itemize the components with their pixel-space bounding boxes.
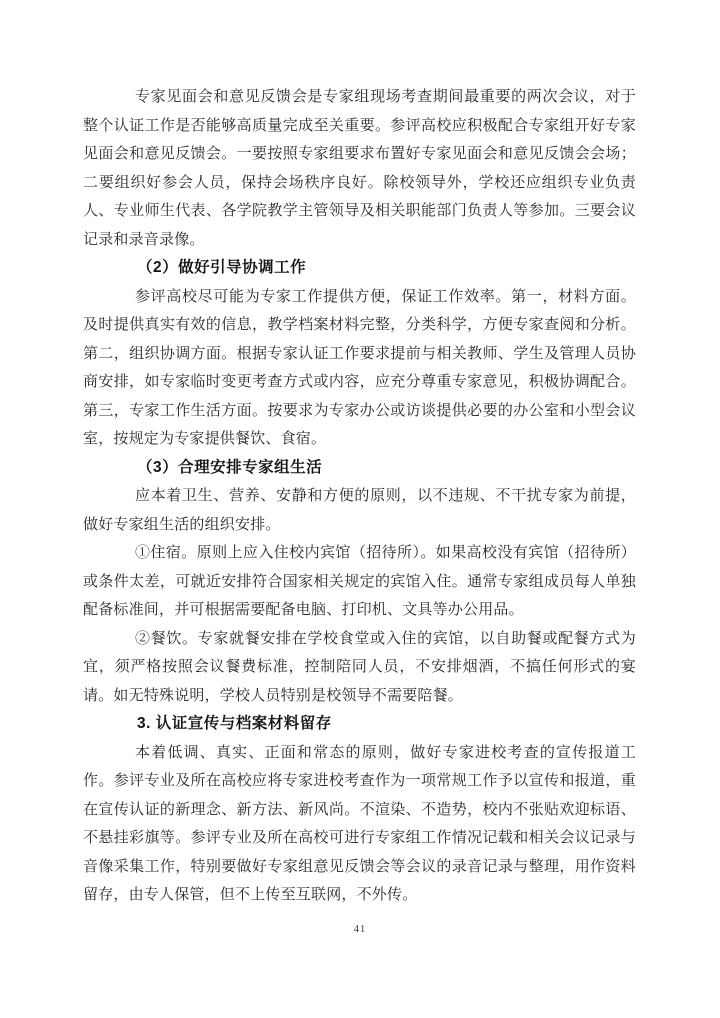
page-footer: 41 [0, 924, 720, 935]
document-body: 专家见面会和意见反馈会是专家组现场考查期间最重要的两次会议，对于整个认证工作是否… [83, 83, 636, 910]
paragraph: 专家见面会和意见反馈会是专家组现场考查期间最重要的两次会议，对于整个认证工作是否… [83, 83, 636, 254]
section-heading: （3）合理安排专家组生活 [83, 454, 636, 483]
paragraph: ②餐饮。专家就餐安排在学校食堂或入住的宾馆，以自助餐或配餐方式为宜，须严格按照会… [83, 625, 636, 711]
document-page: 专家见面会和意见反馈会是专家组现场考查期间最重要的两次会议，对于整个认证工作是否… [0, 0, 720, 1018]
section-heading: （2）做好引导协调工作 [83, 254, 636, 283]
page-number: 41 [354, 924, 367, 935]
paragraph: ①住宿。原则上应入住校内宾馆（招待所）。如果高校没有宾馆（招待所）或条件太差，可… [83, 539, 636, 625]
paragraph: 参评高校尽可能为专家工作提供方便，保证工作效率。第一，材料方面。及时提供真实有效… [83, 283, 636, 454]
section-heading: 3. 认证宣传与档案材料留存 [83, 710, 636, 739]
paragraph: 本着低调、真实、正面和常态的原则，做好专家进校考查的宣传报道工作。参评专业及所在… [83, 739, 636, 910]
paragraph: 应本着卫生、营养、安静和方便的原则，以不违规、不干扰专家为前提，做好专家组生活的… [83, 482, 636, 539]
